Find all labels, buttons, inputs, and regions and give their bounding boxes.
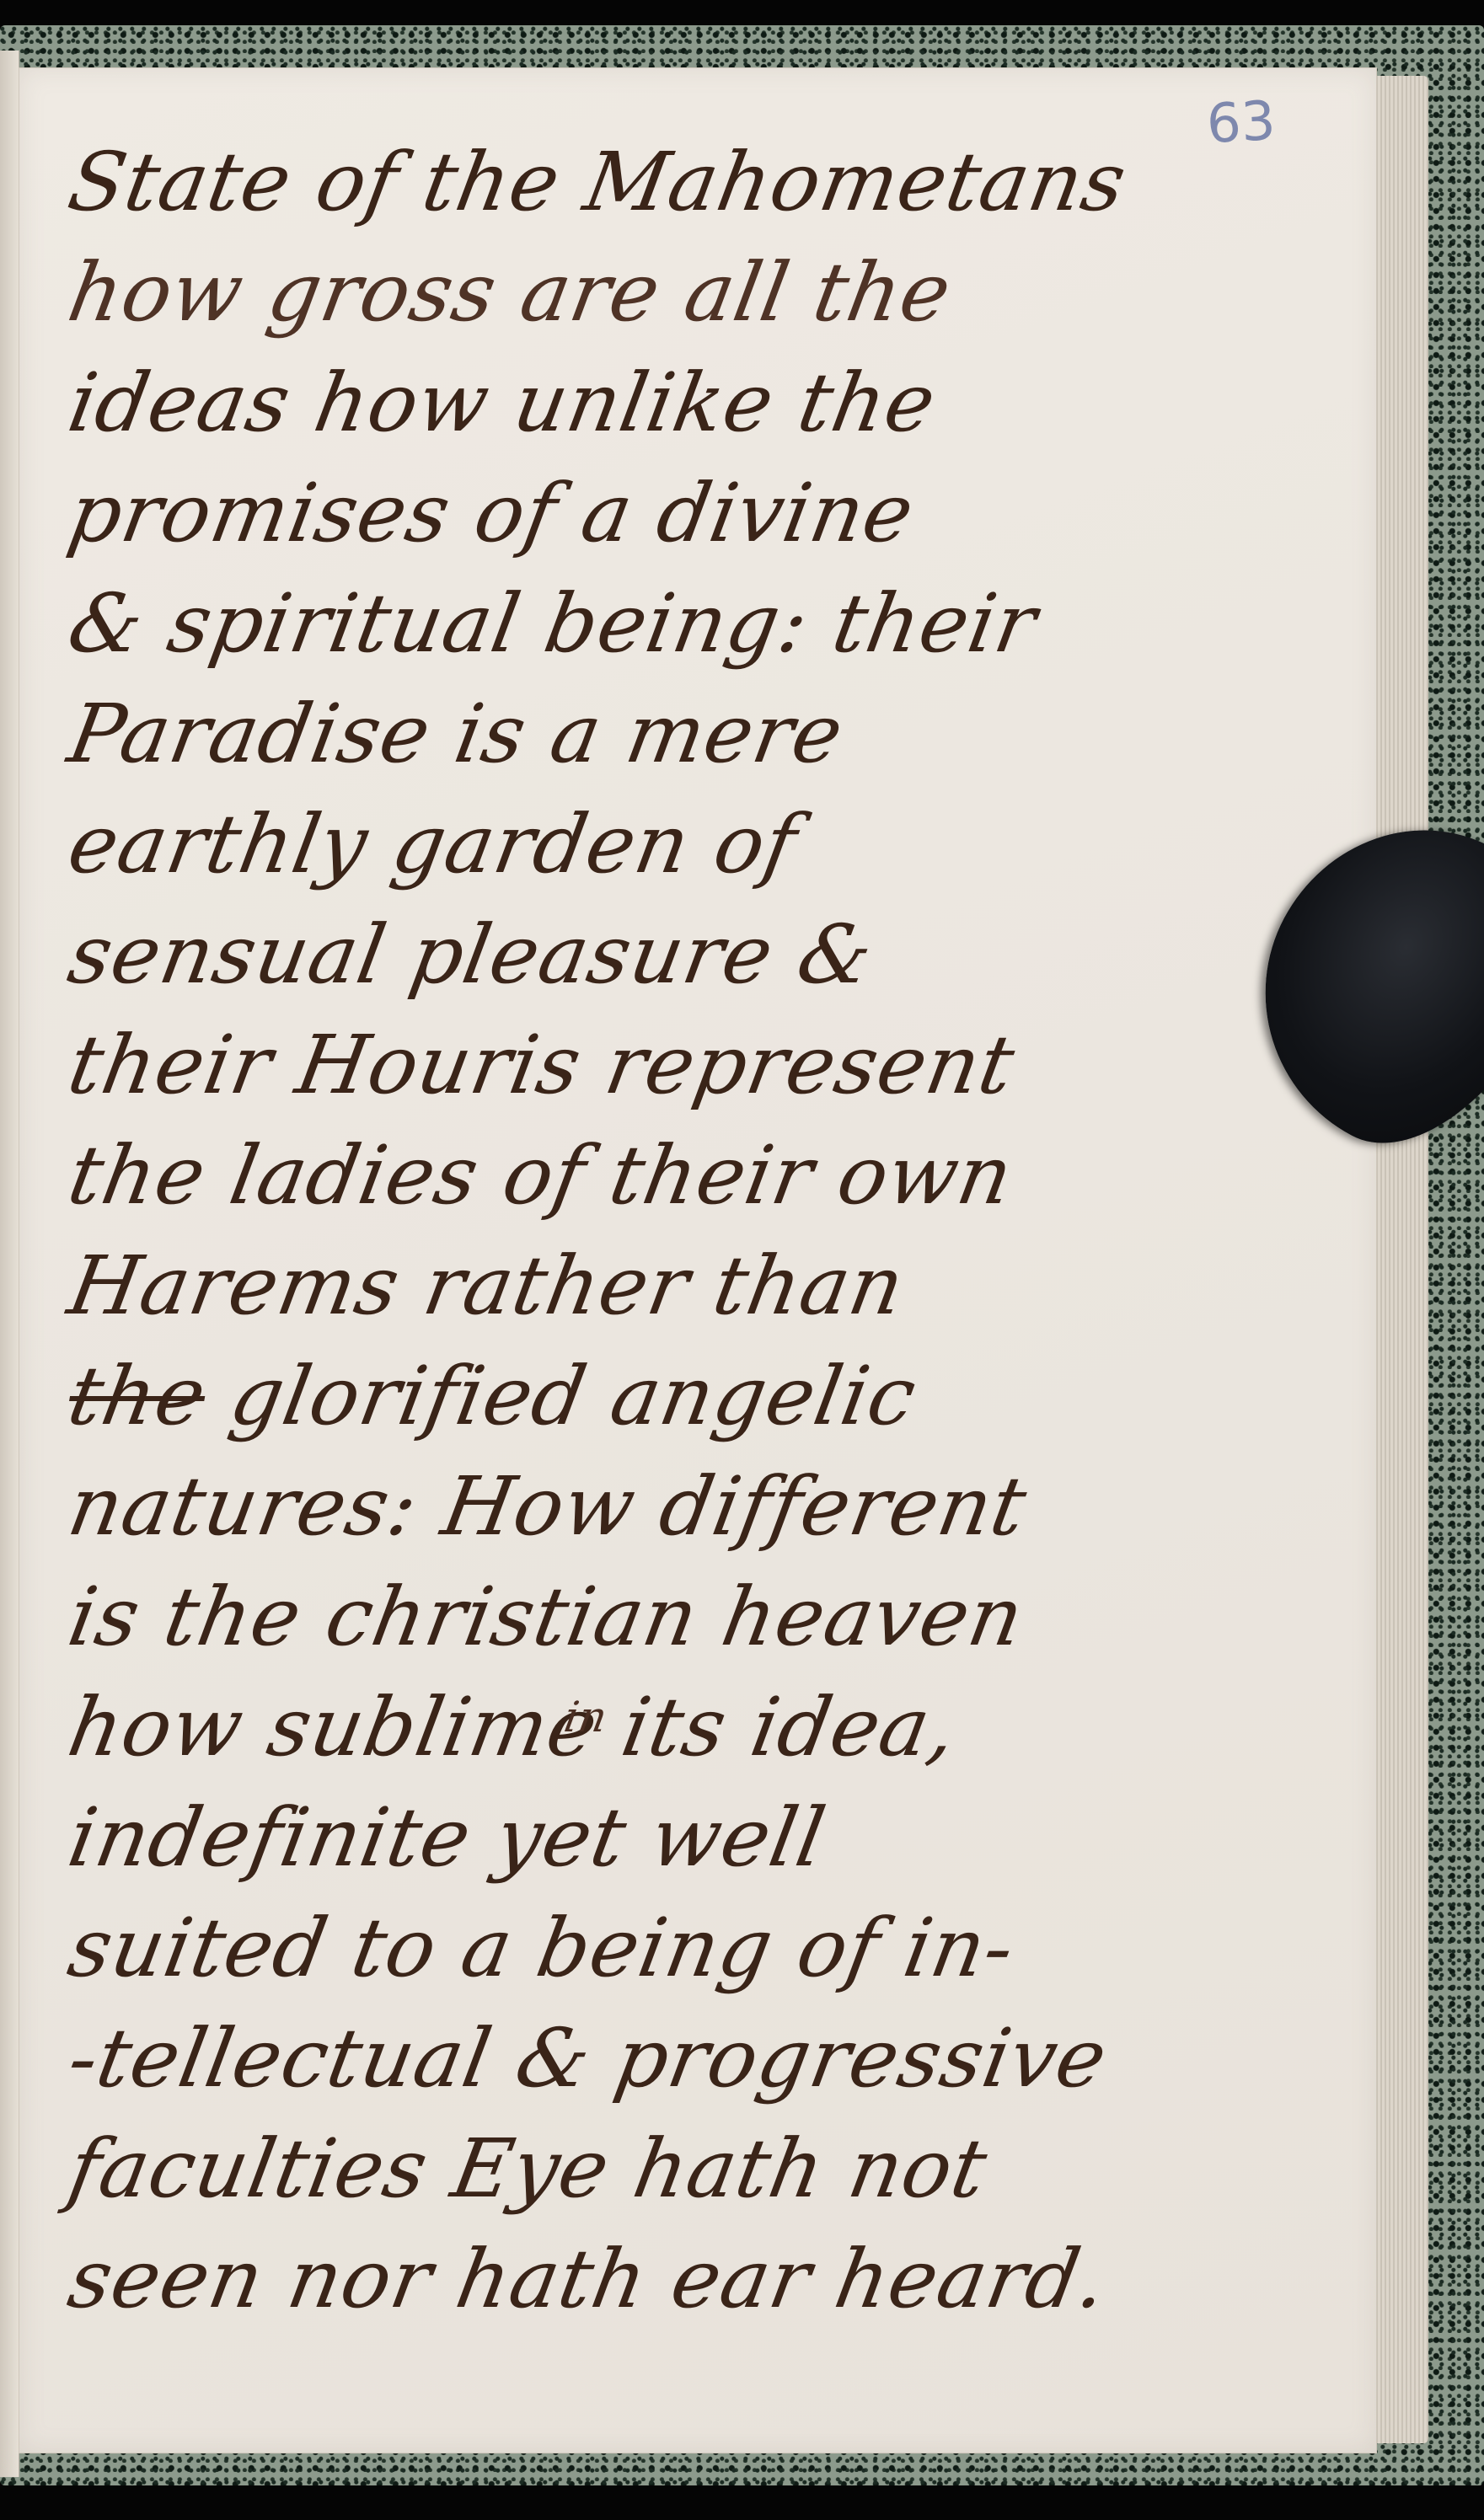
manuscript-line: the ladies of their own xyxy=(60,1121,1360,1231)
manuscript-line: natures: How different xyxy=(60,1452,1360,1562)
manuscript-line: promises of a divine xyxy=(60,458,1360,569)
manuscript-line: Harems rather than xyxy=(60,1231,1360,1341)
manuscript-line: indefinite yet well xyxy=(60,1783,1360,1893)
facing-page-edge xyxy=(0,51,19,2477)
manuscript-line: seen nor hath ear heard. xyxy=(60,2224,1360,2335)
line-text: how sublime xyxy=(62,1680,605,1774)
manuscript-line: is the christian heaven xyxy=(60,1562,1360,1672)
manuscript-line: Paradise is a mere xyxy=(60,679,1360,789)
inserted-word: in xyxy=(561,1696,611,1738)
manuscript-line: the glorified angelic xyxy=(60,1341,1360,1452)
manuscript-page: 63 State of the Mahometans how gross are… xyxy=(19,67,1377,2453)
manuscript-line: & spiritual being: their xyxy=(60,569,1360,679)
manuscript-line: -tellectual & progressive xyxy=(60,2004,1360,2114)
line-text: glorified angelic xyxy=(196,1349,923,1443)
manuscript-line: State of the Mahometans xyxy=(60,127,1360,238)
manuscript-line: earthly garden of xyxy=(60,789,1360,900)
manuscript-line: sensual pleasure & xyxy=(60,900,1360,1010)
line-text: its idea, xyxy=(588,1680,964,1774)
manuscript-line: suited to a being of in- xyxy=(60,1893,1360,2004)
manuscript-line: how gross are all the xyxy=(60,238,1360,348)
manuscript-line: how sublimein its idea, xyxy=(60,1672,1360,1783)
handwritten-text: State of the Mahometans how gross are al… xyxy=(70,127,1351,2335)
manuscript-line: faculties Eye hath not xyxy=(60,2114,1360,2224)
manuscript-line: their Houris represent xyxy=(60,1010,1360,1121)
manuscript-line: ideas how unlike the xyxy=(60,348,1360,458)
struck-word: the xyxy=(62,1349,213,1443)
